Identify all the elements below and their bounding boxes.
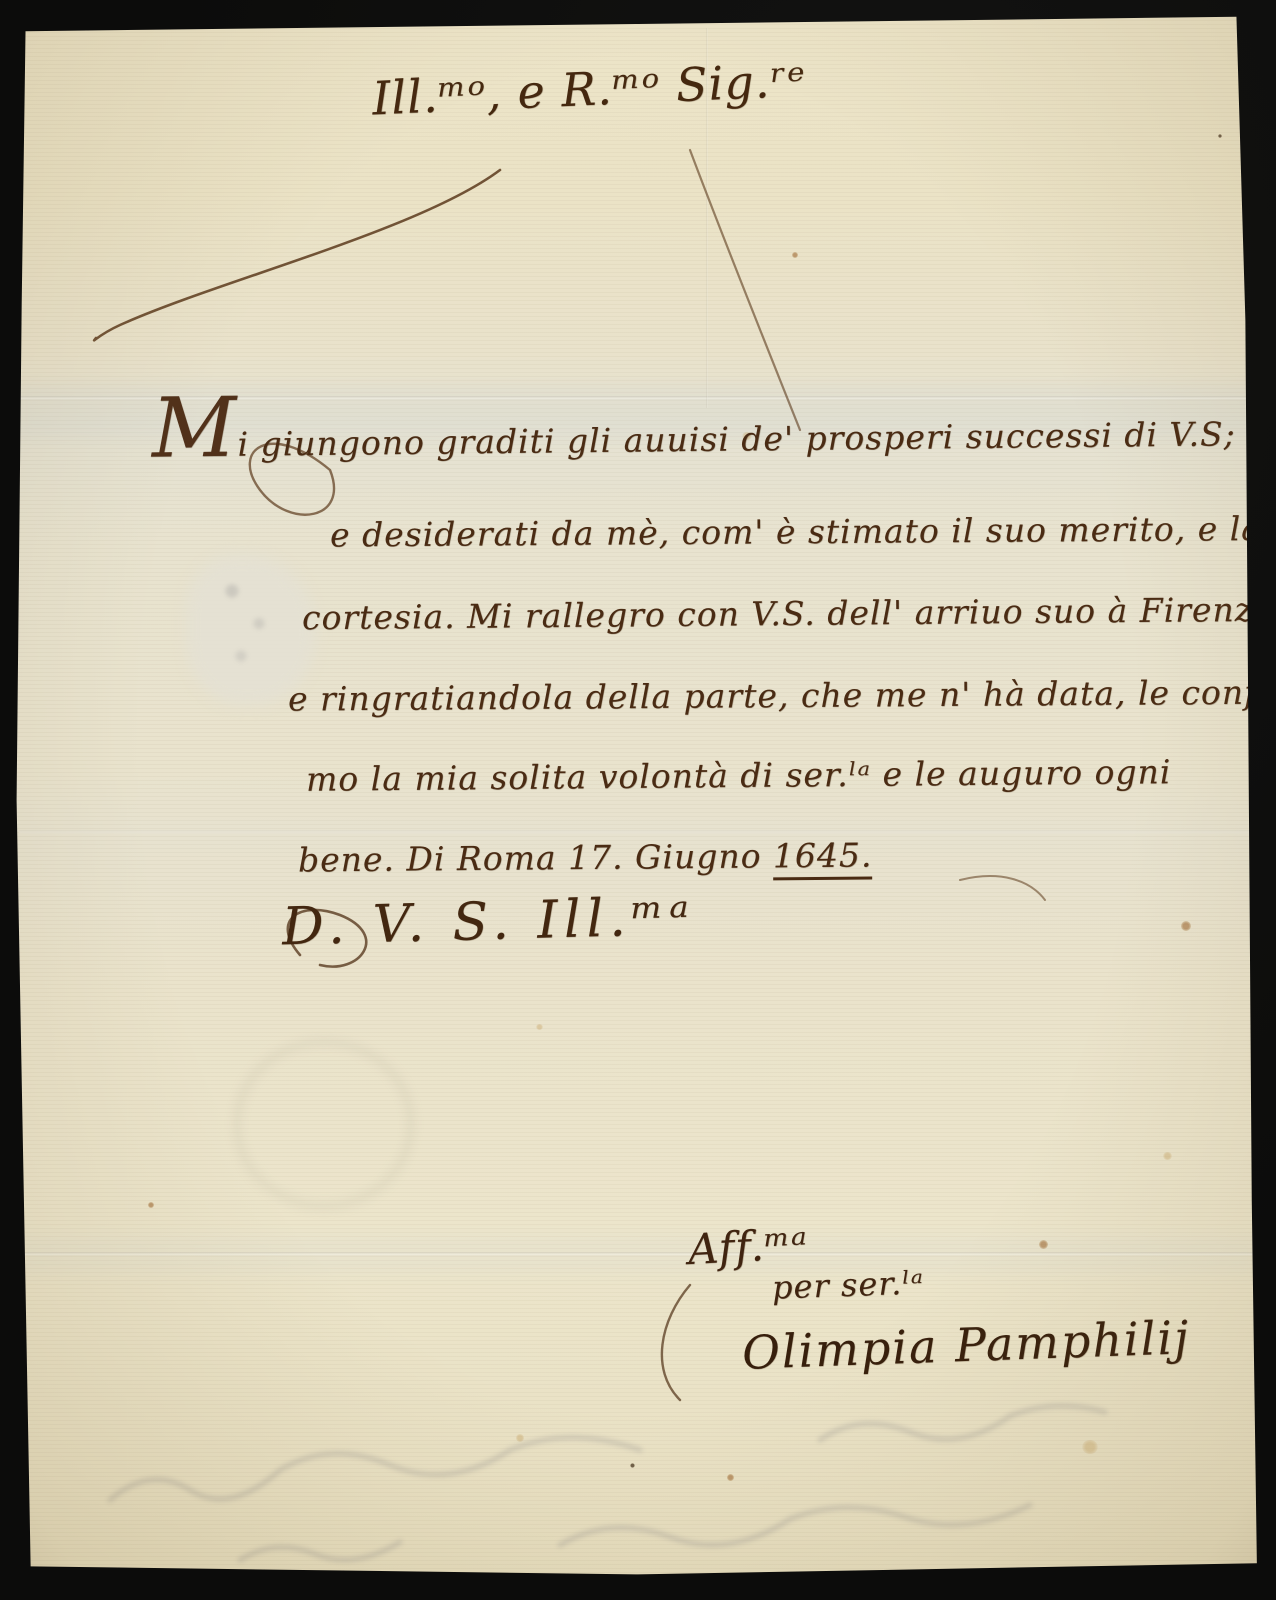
letter-paper: Ill.ᵐᵒ, e R.ᵐᵒ Sig.ʳᵉ Mi giungono gradit… [0, 0, 1276, 1600]
photo-stage: Ill.ᵐᵒ, e R.ᵐᵒ Sig.ʳᵉ Mi giungono gradit… [0, 0, 1276, 1600]
paper-vignette [0, 0, 1276, 1600]
